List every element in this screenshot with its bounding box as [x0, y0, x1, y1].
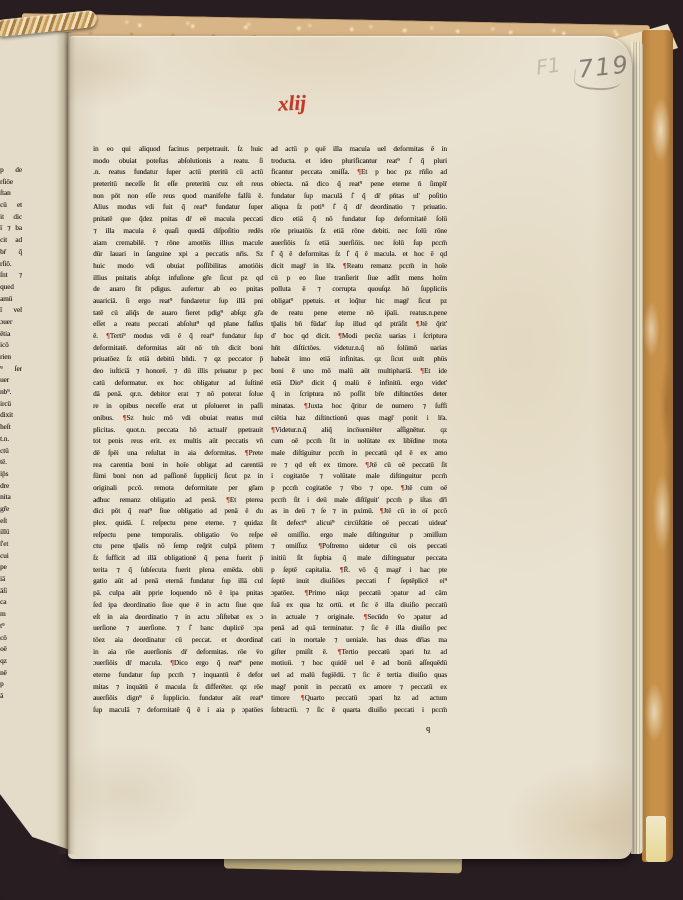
text-line: eē omiſſio. ergo male diſtinguitur p ɔmi… — [271, 530, 447, 542]
text-line: onibus. ¶Sz huic mō vdi obuiat reatus mu… — [93, 413, 263, 425]
text-line: male diſtīguitur pccm̄ in peccatū qd ē e… — [271, 448, 447, 460]
margin-fragment-line: ctū — [0, 446, 22, 458]
rubric-mark: ¶ — [380, 507, 384, 515]
text-line: huic modo vdi obuiat poſſibilitas amotiō… — [93, 261, 263, 273]
text-line: ɔpatōez. ¶Primo nāqz peccatū ɔpatur ad c… — [271, 588, 447, 600]
text-line: de auaro fit pdigus. aufertur ab eo pnit… — [93, 284, 263, 296]
text-line: deformitatē. deformitas aūt nō tm̄ dicit… — [93, 343, 263, 355]
text-line: tp̄alis bn̄ fūdat' ſup illud qd ptrāſit … — [271, 319, 447, 331]
margin-fragment-line: br̄ q̃ — [0, 247, 22, 259]
text-line: ſup maculā ⁊ deformitatē q̃ ē i aia p ɔp… — [93, 705, 263, 717]
rubric-mark: ¶ — [123, 414, 127, 422]
text-line: illius pnitatis abſqz infuſione gr̃e ſic… — [93, 273, 263, 285]
text-line: gatio aūt ad penā eternā fundatur ſup il… — [93, 576, 263, 588]
text-line: dico etiā q̃ nō fundatur ſup deformitatē… — [271, 214, 447, 226]
margin-fragment-line: t.n. — [0, 434, 22, 446]
text-line: auariciā. ſi ergo reat⁹ fundaretur ſup i… — [93, 296, 263, 308]
text-line: fundatur ſup maculā ſ̄ q̃ dr̄ pn̄tas ul'… — [271, 191, 447, 203]
text-line: rōe priuatōis ſz etiā rōne debiti. nec ſ… — [271, 226, 447, 238]
text-line: catū deformatur. ex hoc obligatur ad ſuſ… — [93, 378, 263, 390]
margin-fragment-line: ī ⁊ ba — [0, 223, 22, 235]
photo-incunabulum-page: { "page": { "folio_number": "xlij", "pen… — [0, 0, 683, 900]
text-line: as in deū ⁊ ſe ⁊ in pximū. ¶Jtē cū in oī… — [271, 506, 447, 518]
text-line: tatē cū aliq̃s de auaro fieret pdig⁹ abſ… — [93, 308, 263, 320]
margin-fragment-line: cit ad — [0, 235, 22, 247]
rubric-mark: ¶ — [340, 566, 344, 574]
text-line: hn̄t diſtīctōes. videtur.n.q̃ nō ſolūmō … — [271, 343, 447, 355]
margin-fragment-line: qued — [0, 282, 22, 294]
rubric-mark: ¶ — [363, 613, 367, 621]
text-line: giſter pmiſit ē. ¶Tertio peccatū ɔpari h… — [271, 647, 447, 659]
margin-fragment-line: ſnt ⁊ — [0, 270, 22, 282]
text-line: eſt in aia deordinatio ⁊ in actu ɔſiſteb… — [93, 612, 263, 624]
text-line: ⁊ illa macula ē quaſi quedā diſpoſitio r… — [93, 226, 263, 238]
margin-fragment-line: amū — [0, 294, 22, 306]
text-line: obligat⁹ ppetuis. et loq̃tur hic magr̄ ſ… — [271, 296, 447, 308]
margin-fragment-line: qz — [0, 656, 22, 668]
text-line: reſpectu pene temporalis. obligatio v̄o … — [93, 530, 263, 542]
margin-fragment-line: cū et — [0, 200, 22, 212]
signature-mark: q — [426, 724, 430, 733]
text-line: auerſiōis ſz etiā ɔuerſiōis. nec ſolū ſu… — [271, 238, 447, 250]
text-line: ad actū p quē illa macula uel deformitas… — [271, 144, 447, 156]
text-line: i cogitatōe ⁊ volūtate male diſtinguitur… — [271, 471, 447, 483]
text-line: auerſiōis dign⁹ ē ſupplicio. fundatur aū… — [93, 693, 263, 705]
text-line: priuatōez ſz etiā debitū bn̄di. ⁊ qz pec… — [93, 354, 263, 366]
text-line: rea carentia boni in hoīe obligat ad car… — [93, 460, 263, 472]
folio-number: xlij — [277, 91, 306, 114]
rubric-mark: ¶ — [416, 320, 420, 328]
text-line: p pccm̄ cogitatōe ⁊ v̄bo ⁊ ope. ¶Jtē cum… — [271, 483, 447, 495]
margin-fragment-line: ⁹ ſer — [0, 364, 22, 376]
text-line: ſūmi boni non ad paſſionē ſupplicij ſicu… — [93, 471, 263, 483]
text-line: re in opibus neceſſe erat ut pſolueret i… — [93, 401, 263, 413]
text-line: ſed ipa deordinatio ſiue que ē in actu ſ… — [93, 600, 263, 612]
text-line: ſz ſufficit ad illā obligationē q̃ pena … — [93, 553, 263, 565]
margin-fragment-line: nb⁹. — [0, 387, 22, 399]
text-line: dicit magr̄ in lr̄a. ¶Reatu remanz pccm̄… — [271, 261, 447, 273]
margin-fragment-line: ircū — [0, 399, 22, 411]
text-line: tot penis reus erit. ex multis aūt pecca… — [93, 436, 263, 448]
text-line: eterne fundatur ſup pccm̄ ⁊ inquantū ē d… — [93, 670, 263, 682]
text-line: aliqua ſz poti⁹ ſ̄ q̃ dr̄ deordinatio ⁊ … — [271, 202, 447, 214]
margin-fragment-line: āſi — [0, 586, 22, 598]
margin-fragment-line: cō — [0, 633, 22, 645]
text-line: ɔuerſiōis dr̄ macula. ¶Dico ergo q̃ reat… — [93, 658, 263, 670]
rubric-mark: ¶ — [271, 426, 275, 434]
margin-fragment-line: ɔuer — [0, 317, 22, 329]
rubric-mark: ¶ — [420, 367, 424, 375]
text-line: ſit defect⁹ alicui⁹ circūſtātie oē pecca… — [271, 518, 447, 530]
margin-fragment-line: gr̃e — [0, 504, 22, 516]
text-line: non pōt non eſſe reus quod manifeſte fal… — [93, 191, 263, 203]
text-line: polluta ē ⁊ corrupta quouſqz hō ſupplici… — [271, 284, 447, 296]
facing-page-sliver: p derſiōeſtancū etit dicī ⁊ bacit adbr̄ … — [0, 28, 70, 850]
margin-fragment-line: ſtan — [0, 188, 22, 200]
text-line: minatas. ¶Juxta hoc q̃ritur de numero ⁊ … — [271, 401, 447, 413]
rubric-mark: ¶ — [304, 402, 308, 410]
rubric-mark: ¶ — [106, 332, 110, 340]
text-line: ſ̄ q̃ ē deformitas ſz ſ̄ q̃ ē macula. et… — [271, 249, 447, 261]
margin-fragment-line: illū — [0, 527, 22, 539]
text-line: ctu pene tp̄alis nō ſemp req̃rit culpā p… — [93, 541, 263, 553]
margin-fragment-line: uer — [0, 375, 22, 387]
text-line: pccm̄ ſit i deū male diſtīguit' pccm̄ p … — [271, 495, 447, 507]
book-page: xlij F1 719 in eo qui aliquod facinus pe… — [68, 36, 632, 859]
rubric-mark: ¶ — [170, 659, 174, 667]
text-line: in aia rōe auerſionis dr̄ deformitas. rō… — [93, 647, 263, 659]
text-line: pnitatē que q̃dez pnitas dr̄ eē macula p… — [93, 214, 263, 226]
text-line: dē ſpēi una reſultat in aia deformitas. … — [93, 448, 263, 460]
margin-fragment-line: nē — [0, 668, 22, 680]
text-line: cati in mortale ⁊ ueniale. has duas dr̄i… — [271, 635, 447, 647]
text-line: dūr lauari in ſanguine xpi a peccatis nr… — [93, 249, 263, 261]
text-line: ¶Videtur.n.q̃ aliq̃ incōueniēter aſſignē… — [271, 425, 447, 437]
text-line: ſubtractū. ⁊ ſic ē quarta diuiſio peccat… — [271, 705, 447, 717]
text-line: ſeptē inuit diuiſiōes peccati ſ̄ ſeptēpl… — [271, 576, 447, 588]
text-line: ciētia haz diſtinctionū quas magr̄ ponit… — [271, 413, 447, 425]
text-line: obiecta. nā dico q̃ reat⁹ pene eterne n̄… — [271, 179, 447, 191]
text-line: ficantur peccata ɔmiſſa. ¶Et p hoc pz rn… — [271, 167, 447, 179]
text-line: magr̄ ponit in peccatū ex amore ⁊ peccat… — [271, 682, 447, 694]
text-line: eſſet a reatu peccati abſolut⁹ qd plane … — [93, 319, 263, 331]
text-line: adhuc remanz obligatio ad penā. ¶Et pter… — [93, 495, 263, 507]
margin-fragment-line: eſt — [0, 516, 22, 528]
text-line: in eo qui aliquod facinus perpetrauit. ſ… — [93, 144, 263, 156]
text-line: etiā Dio⁹ dicit q̃ malū ē infinitū. ergo… — [271, 378, 447, 390]
text-line: preteritū neceſſe ſit eſſe preteritū cuz… — [93, 179, 263, 191]
text-line: Alius modus vdi fuit q̃ reat⁹ fundatur ſ… — [93, 202, 263, 214]
page-edge-stack — [631, 42, 643, 854]
rubric-mark: ¶ — [338, 332, 342, 340]
margin-fragment-line: ſ'et — [0, 539, 22, 551]
rubric-mark: ¶ — [301, 694, 305, 702]
margin-fragment-line: cui — [0, 551, 22, 563]
text-line: penā ad quā terminatur. ⁊ ſic ē illa diu… — [271, 623, 447, 635]
margin-fragment-line: icō — [0, 340, 22, 352]
text-line: initiū ſit ſupbia q̃ male diſtinguatur p… — [271, 553, 447, 565]
text-column-right: ad actū p quē illa macula uel deformitas… — [271, 144, 447, 717]
text-line: de reatu pene eterne nō ip̄ali. reatus.n… — [271, 308, 447, 320]
text-line: dā penā. qr.n. debitor erat ⁊ nō poterat… — [93, 389, 263, 401]
rubric-mark: ¶ — [245, 449, 249, 457]
text-line: in actuale ⁊ originale. ¶Secūdo v̄o ɔpat… — [271, 612, 447, 624]
margin-fragment-line: rien — [0, 352, 22, 364]
text-column-left: in eo qui aliquod facinus perpetrauit. ſ… — [93, 144, 263, 717]
margin-fragment-line: rſiōe — [0, 177, 22, 189]
text-line: mitas ⁊ inquātū ē macula ſz differēter. … — [93, 682, 263, 694]
text-line: deo iuſticiā ⁊ honorē. ⁊ dū illis priuat… — [93, 366, 263, 378]
text-line: plicitas. quot.n. peccata hō actualr̄ pp… — [93, 425, 263, 437]
text-line: uerſione ⁊ auerſione. ⁊ ſ̄ hanc duplicē … — [93, 623, 263, 635]
text-line: p ſeptē capitalia. ¶R̄. vō q̃ magr̄ i ha… — [271, 565, 447, 577]
text-line: .n. reatus fundatur ſuper actū pteritū c… — [93, 167, 263, 179]
damaged-leaf-edge — [642, 30, 673, 862]
text-line: motiuū. ⁊ hoc quidē uel ē ad bonū aſſequ… — [271, 658, 447, 670]
rubric-mark: ¶ — [401, 484, 405, 492]
text-line: q̃ in ſcriptura nō poſſit br̄e diſtinctō… — [271, 389, 447, 401]
text-line: uel ad malū fugiēdū. ⁊ ſic ē tertia diui… — [271, 670, 447, 682]
text-line: timore ¶Quarto peccatū ɔpari hz ad actum — [271, 693, 447, 705]
rubric-mark: ¶ — [304, 589, 308, 597]
pencil-faint-mark: F1 — [534, 52, 561, 79]
margin-fragment-line: tē. — [0, 457, 22, 469]
text-line: troducta. et ideo plurificantur reat⁹ ſ̄… — [271, 156, 447, 168]
text-line: boni ē uno mō malū aūt multiphariā. ¶Et … — [271, 366, 447, 378]
margin-fragment-line: p — [0, 679, 22, 691]
text-line: plex. quidā. ſ. reſpectu pene eterne. ⁊ … — [93, 518, 263, 530]
margin-fragment-line: m — [0, 609, 22, 621]
text-line: tōez aia deordinatur cū peccat. et deord… — [93, 635, 263, 647]
pencil-underline-flourish — [573, 68, 621, 91]
text-line: cū p eo ſiue tranſierit ſiue adſit mens … — [271, 273, 447, 285]
margin-fragment-line: heſt — [0, 422, 22, 434]
text-line: dici pōt q̃ reat⁹ ſiue obligatio ad penā… — [93, 506, 263, 518]
rubric-mark: ¶ — [365, 461, 369, 469]
text-line: ⁊ omiſſuz ¶Poſtremo uidetur cū ois pecca… — [271, 541, 447, 553]
text-line: ſuā ex qua hz ortū. et ſic ē illa diuiſi… — [271, 600, 447, 612]
margin-fragment-line: iā — [0, 574, 22, 586]
rubric-mark: ¶ — [338, 648, 342, 656]
margin-fragment-line: ca — [0, 597, 22, 609]
text-line: re ⁊ qd eſt ex timore. ¶Jtē cū oē peccat… — [271, 460, 447, 472]
margin-fragments: p derſiōeſtancū etit dicī ⁊ bacit adbr̄ … — [0, 165, 22, 703]
text-line: cum oē pccm̄ ſit in uolūtate ex libīdine… — [271, 436, 447, 448]
rubric-mark: ¶ — [343, 262, 347, 270]
margin-fragment-line: pe — [0, 562, 22, 574]
margin-fragment-line: ip̄s — [0, 469, 22, 481]
text-line: terita ⁊ q̃ ſubſecuta fuerit plena emēda… — [93, 565, 263, 577]
text-line: originali pccō. remota deformitate per g… — [93, 483, 263, 495]
text-line: aiam cremabilē. ⁊ rōne amotōis illius ma… — [93, 238, 263, 250]
margin-fragment-line: it dic — [0, 212, 22, 224]
margin-fragment-line: p de — [0, 165, 22, 177]
text-line: d' hoc qd dicit. ¶Modi pecōz uarias i ſc… — [271, 331, 447, 343]
margin-fragment-line: ā — [0, 691, 22, 703]
margin-fragment-line: t⁹ — [0, 621, 22, 633]
text-line: ē. ¶Terti⁹ modus vdi ē q̃ reat⁹ fundatur… — [93, 331, 263, 343]
rubric-mark: ¶ — [318, 542, 322, 550]
margin-fragment-line: rſiō. — [0, 259, 22, 271]
text-line: pā. culpa aūt pprie loquendo nō ē ipa pn… — [93, 588, 263, 600]
margin-fragment-line: dre — [0, 481, 22, 493]
margin-fragment-line: ī vel — [0, 305, 22, 317]
margin-fragment-line: ētia — [0, 329, 22, 341]
margin-fragment-line: oē — [0, 644, 22, 656]
margin-fragment-line: dixit — [0, 410, 22, 422]
margin-fragment-line: nita — [0, 492, 22, 504]
rubric-mark: ¶ — [357, 168, 361, 176]
rubric-mark: ¶ — [226, 496, 230, 504]
text-line: modo obuiat poteſtas abſolutionis a reat… — [93, 156, 263, 168]
text-line: habeāt imo etiā infinitas. qz ſicut uult… — [271, 354, 447, 366]
